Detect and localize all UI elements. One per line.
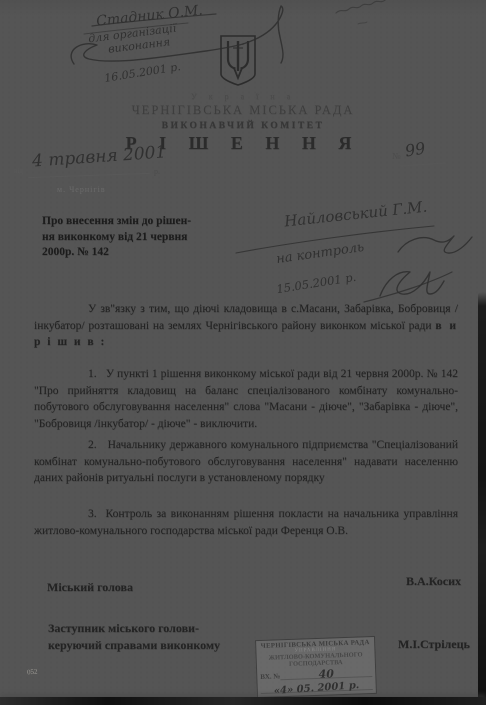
scan-edge-right bbox=[478, 292, 486, 705]
document-number-label: № bbox=[392, 151, 401, 161]
mayor-title: Міський голова bbox=[47, 580, 133, 595]
intro-text: У зв"язку з тим, що діючі кладовища в с.… bbox=[34, 303, 458, 332]
dispatch-signature-right bbox=[398, 236, 472, 253]
handwritten-entry-number: 40 bbox=[318, 667, 334, 681]
handwritten-dispatch-date: 15.05.2001 р. bbox=[275, 270, 357, 296]
handwritten-dispatch-note: на контроль bbox=[275, 240, 365, 267]
subject-line: 2000р. № 142 bbox=[42, 245, 212, 261]
body-item-3: 3. Контроль за виконанням рішення поклас… bbox=[34, 506, 458, 539]
stamp-date-row: «4» 05. 2001 р. bbox=[261, 681, 373, 694]
dateline-city: м. Чернігів bbox=[57, 185, 106, 194]
body-item-2: 2. Начальнику державного комунального пі… bbox=[34, 437, 458, 487]
dateline-year-suffix: р. bbox=[154, 167, 160, 176]
handwritten-scribble-top-right-small bbox=[358, 22, 367, 24]
scan-edge-bottom bbox=[0, 697, 486, 705]
corner-print-mark: 052 bbox=[27, 668, 38, 677]
deputy-title-line: керуючий справами виконкому bbox=[48, 637, 220, 654]
deputy-title-line: Заступник міського голови- bbox=[48, 620, 220, 637]
handwritten-entry-date: «4» 05. 2001 р. bbox=[274, 682, 360, 696]
dispatch-signature-swoosh bbox=[364, 272, 452, 302]
dateline-from-label: від bbox=[14, 167, 23, 175]
subject-line: Про внесення змін до рішен- bbox=[42, 214, 212, 230]
mayor-name: В.А.Косих bbox=[406, 574, 461, 589]
incoming-registration-stamp: ЧЕРНІГІВСЬКА МІСЬКА РАДА УПРАВЛІННЯ ЖИТЛ… bbox=[255, 636, 377, 698]
scan-edge-top bbox=[0, 0, 486, 16]
ukraine-trident-emblem-icon bbox=[216, 34, 260, 88]
handwritten-resolution-date: 16.05.2001 р. bbox=[103, 60, 181, 85]
header-council-name: ЧЕРНІГІВСЬКА МІСЬКА РАДА bbox=[0, 103, 486, 118]
subject-line: ня виконкому від 21 червня bbox=[42, 230, 212, 246]
number-rule bbox=[400, 162, 446, 166]
dispatch-signature-bottom bbox=[380, 272, 444, 296]
stamp-entry-row: ВХ. № 40 bbox=[260, 667, 372, 681]
dateline-rule bbox=[28, 173, 150, 178]
header-committee: ВИКОНАВЧИЙ КОМІТЕТ bbox=[0, 121, 486, 131]
deputy-name: М.І.Стрілець bbox=[398, 637, 470, 652]
body-intro-paragraph: У зв"язку з тим, що діючі кладовища в с.… bbox=[34, 301, 458, 351]
handwritten-dispatch-name: Найловський Г.М. bbox=[283, 198, 428, 231]
handwritten-document-number: 99 bbox=[404, 139, 427, 161]
body-item-1: 1. У пункті 1 рішення виконкому міської … bbox=[34, 366, 458, 432]
subject-block: Про внесення змін до рішен- ня виконкому… bbox=[42, 214, 212, 261]
header-country: У к р а ї н а bbox=[0, 92, 486, 101]
deputy-title: Заступник міського голови- керуючий спра… bbox=[48, 620, 220, 654]
scanned-decision-document: Стадник О.М. для організації виконання 1… bbox=[0, 0, 486, 705]
stamp-entry-label: ВХ. № bbox=[260, 672, 280, 681]
